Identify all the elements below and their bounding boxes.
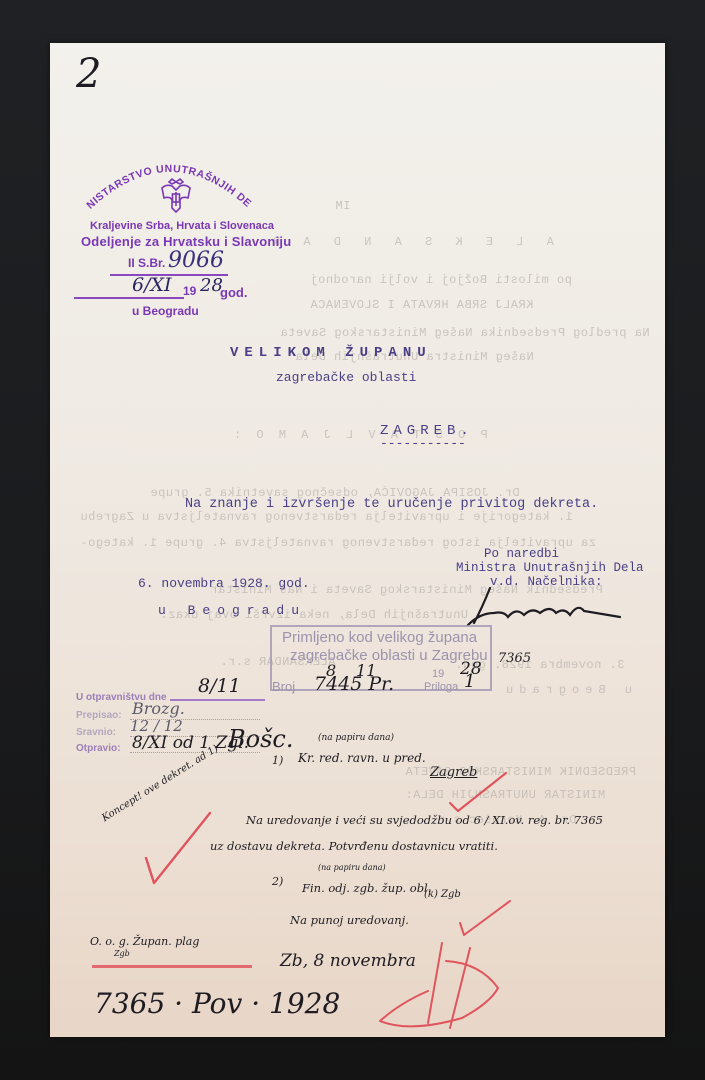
- red-underline: [92, 965, 252, 968]
- stamp-ref-number: 9066: [168, 248, 224, 273]
- note-item2-num: 2): [272, 875, 283, 888]
- received-stamp-line-1: Primljeno kod velikog župana: [282, 629, 477, 646]
- note-item2: Fin. odj. zgb. žup. obl.: [302, 881, 431, 895]
- red-checkmark-icon: [460, 901, 510, 935]
- date-sign-text: Zb, 8 novembra: [280, 951, 416, 971]
- ghost-text: po milosti Božjoj i volji narodnoj: [310, 273, 572, 287]
- note-item1-num: 1): [272, 754, 283, 767]
- dispatch-label-checked: Sravnio:: [76, 727, 116, 738]
- note-para-2: uz dostavu dekreta. Potvrđenu dostavnicu…: [210, 839, 498, 853]
- received-attachments-label: Priloga: [424, 681, 458, 693]
- note-item1-city: Zagreb: [430, 765, 477, 780]
- recipient-city-underline: -----------: [380, 436, 466, 451]
- ghost-text: IM: [335, 199, 350, 213]
- stamp-place: u Beogradu: [132, 304, 199, 318]
- recipient-title: VELIKOM ŽUPANU: [230, 345, 432, 361]
- document-place: u Beogradu: [158, 603, 306, 618]
- ghost-text: 1. kategorije i upravitelja redarstvenog…: [80, 510, 573, 524]
- stamp-date: 6/XI: [132, 274, 172, 296]
- archive-number: 7365 · Pov · 1928: [94, 987, 340, 1020]
- note-item1: Kr. red. ravn. u pred.: [298, 751, 426, 765]
- received-side-number: 7365: [498, 651, 531, 666]
- document-date: 6. novembra 1928. god.: [138, 576, 310, 591]
- note-paper: (na papiru dana): [318, 733, 394, 743]
- note-closing: Na punoj uredovanj.: [290, 913, 409, 927]
- ghost-text: u Beogradu: [500, 683, 632, 697]
- ghost-text: A L E K S A N D A R: [265, 235, 554, 249]
- received-attachments: 1: [464, 671, 475, 692]
- stamp-line-department: Odeljenje za Hrvatsku i Slavoniju: [81, 234, 291, 249]
- dispatch-label-copied: Prepisao:: [76, 710, 122, 721]
- dispatch-copied-value: Brozg.: [132, 699, 185, 718]
- eagle-emblem-icon: [158, 176, 194, 216]
- margin-note: Koncept! ove dekret. ad 1): [100, 743, 220, 824]
- note-item2-tag: (k) Zgb: [424, 889, 461, 900]
- note-para-1: Na uredovanje i veći su svjedodžbu od 6 …: [246, 813, 603, 827]
- dispatch-date-value: 8/11: [198, 675, 241, 697]
- stamp-rule: [74, 297, 184, 299]
- red-checkmark-icon: [146, 813, 210, 883]
- signature-line-2: Ministra Unutrašnjih Dela: [456, 561, 644, 575]
- stamp-year-prefix: 19: [183, 284, 196, 298]
- dispatch-label-sent: Otpravio:: [76, 743, 120, 754]
- note-item2-paren: (na papiru dana): [318, 863, 386, 872]
- document-page: IM A L E K S A N D A R po milosti Božjoj…: [50, 43, 665, 1037]
- ghost-text: MINISTAR UNUTRAŠNJIH DELA:: [405, 788, 605, 802]
- stamp-line-kingdom: Kraljevine Srba, Hrvata i Slovenaca: [90, 220, 274, 232]
- footnote-left-sub: Zgb: [114, 949, 130, 958]
- ghost-text: Na predlog Predsednika Našeg Ministarsko…: [280, 326, 650, 340]
- date-sign: Zb, 8 novembra: [280, 951, 416, 971]
- stamp-ref-label: II S.Br.: [128, 256, 165, 270]
- received-year-label: 19: [432, 668, 444, 680]
- signature-line-1: Po naredbi: [484, 547, 559, 561]
- stamp-year-suffix: god.: [220, 285, 247, 300]
- footnote-left: O. o. g. Župan. plag: [90, 935, 199, 948]
- received-number-label: Broj: [272, 679, 295, 694]
- received-stamp-line-2: zagrebačke oblasti u Zagrebu: [290, 647, 488, 664]
- recipient-subtitle: zagrebačke oblasti: [276, 370, 416, 385]
- page-number-handwritten: 2: [76, 51, 101, 97]
- body-instruction: Na znanje i izvršenje te uručenje privit…: [185, 497, 598, 512]
- received-number: 7445 Pr.: [314, 673, 394, 695]
- ghost-text: KRALJ SRBA HRVATA I SLOVENACA: [310, 298, 533, 312]
- handwritten-initials: Bošc.: [228, 725, 293, 753]
